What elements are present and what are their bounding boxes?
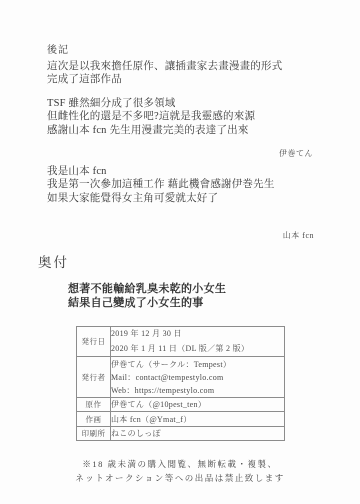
afterword-paragraph-3: 我是山本 fcn 我是第一次參加這種工作 藉此機會感謝伊巻先生 如果大家能覺得女… — [47, 165, 275, 205]
publish-date-line: 2020 年 1 月 11 日（DL 版／第 2 版） — [111, 342, 284, 357]
table-row-publisher: 発行者 伊巻てん（サークル：Tempest） Mail：contact@temp… — [77, 357, 285, 398]
original-author: 伊巻てん（@10pest_ten） — [111, 399, 284, 410]
notice-line: ネットオークション等への出品は禁止致します — [0, 472, 360, 486]
paragraph-line: 這次是以我來擔任原作、讓插畫家去畫漫畫的形式 — [47, 60, 282, 73]
table-row-original-author: 原作 伊巻てん（@10pest_ten） — [77, 398, 285, 412]
publisher-mail: Mail：contact@tempestylo.com — [111, 371, 284, 384]
paragraph-line: 感謝山本 fcn 先生用漫畫完美的表達了出來 — [47, 124, 255, 137]
afterword-paragraph-1: 這次是以我來擔任原作、讓插畫家去畫漫畫的形式 完成了這部作品 — [47, 60, 282, 87]
colophon-heading: 奥付 — [38, 251, 69, 271]
artist-signature-yamamoto: 山本 fcn — [283, 230, 314, 241]
book-title: 想著不能輸給乳臭未乾的小女生 結果自己變成了小女生的事 — [68, 283, 226, 310]
publisher-circle: 伊巻てん（サークル：Tempest） — [111, 358, 284, 371]
row-label: 印刷所 — [77, 427, 111, 441]
paragraph-line: 我是第一次參加這種工作 藉此機會感謝伊巻先生 — [47, 178, 275, 191]
illustrator: 山本 fcn（@Ymat_f） — [111, 414, 284, 425]
publisher-web: Web：https://tempestylo.com — [111, 384, 284, 397]
afterword-heading: 後記 — [47, 41, 69, 56]
paragraph-line: 但雌性化的還是不多吧?這就是我靈感的來源 — [47, 110, 255, 123]
author-signature-imaki: 伊巻てん — [279, 148, 313, 159]
table-row-printer: 印刷所 ねこのしっぽ — [77, 427, 285, 441]
table-row-publish-date: 発行日 2019 年 12 月 30 日 2020 年 1 月 11 日（DL … — [77, 327, 285, 357]
row-value: 2019 年 12 月 30 日 2020 年 1 月 11 日（DL 版／第 … — [111, 327, 285, 357]
row-label: 作画 — [77, 412, 111, 427]
printer: ねこのしっぽ — [111, 428, 284, 439]
colophon-page: 後記 這次是以我來擔任原作、讓插畫家去畫漫畫的形式 完成了這部作品 TSF 雖然… — [0, 0, 360, 504]
row-value: 伊巻てん（@10pest_ten） — [111, 398, 285, 412]
afterword-paragraph-2: TSF 雖然細分成了很多領域 但雌性化的還是不多吧?這就是我靈感的來源 感謝山本… — [47, 97, 255, 137]
age-restriction-notice: ※18 歳未満の購入閲覧、無断転載・複製、 ネットオークション等への出品は禁止致… — [0, 458, 360, 486]
paragraph-line: TSF 雖然細分成了很多領域 — [47, 97, 255, 110]
book-title-line: 結果自己變成了小女生的事 — [68, 297, 226, 311]
row-label: 発行日 — [77, 327, 111, 357]
notice-line: ※18 歳未満の購入閲覧、無断転載・複製、 — [0, 458, 360, 472]
publish-date-line: 2019 年 12 月 30 日 — [111, 327, 284, 342]
row-value: 伊巻てん（サークル：Tempest） Mail：contact@tempesty… — [111, 357, 285, 398]
book-title-line: 想著不能輸給乳臭未乾的小女生 — [68, 283, 226, 297]
paragraph-line: 我是山本 fcn — [47, 165, 275, 178]
row-label: 原作 — [77, 398, 111, 412]
row-value: 山本 fcn（@Ymat_f） — [111, 412, 285, 427]
table-row-illustrator: 作画 山本 fcn（@Ymat_f） — [77, 412, 285, 427]
row-value: ねこのしっぽ — [111, 427, 285, 441]
row-label: 発行者 — [77, 357, 111, 398]
paragraph-line: 如果大家能覺得女主角可愛就太好了 — [47, 192, 275, 205]
colophon-table: 発行日 2019 年 12 月 30 日 2020 年 1 月 11 日（DL … — [76, 326, 285, 441]
paragraph-line: 完成了這部作品 — [47, 73, 282, 86]
